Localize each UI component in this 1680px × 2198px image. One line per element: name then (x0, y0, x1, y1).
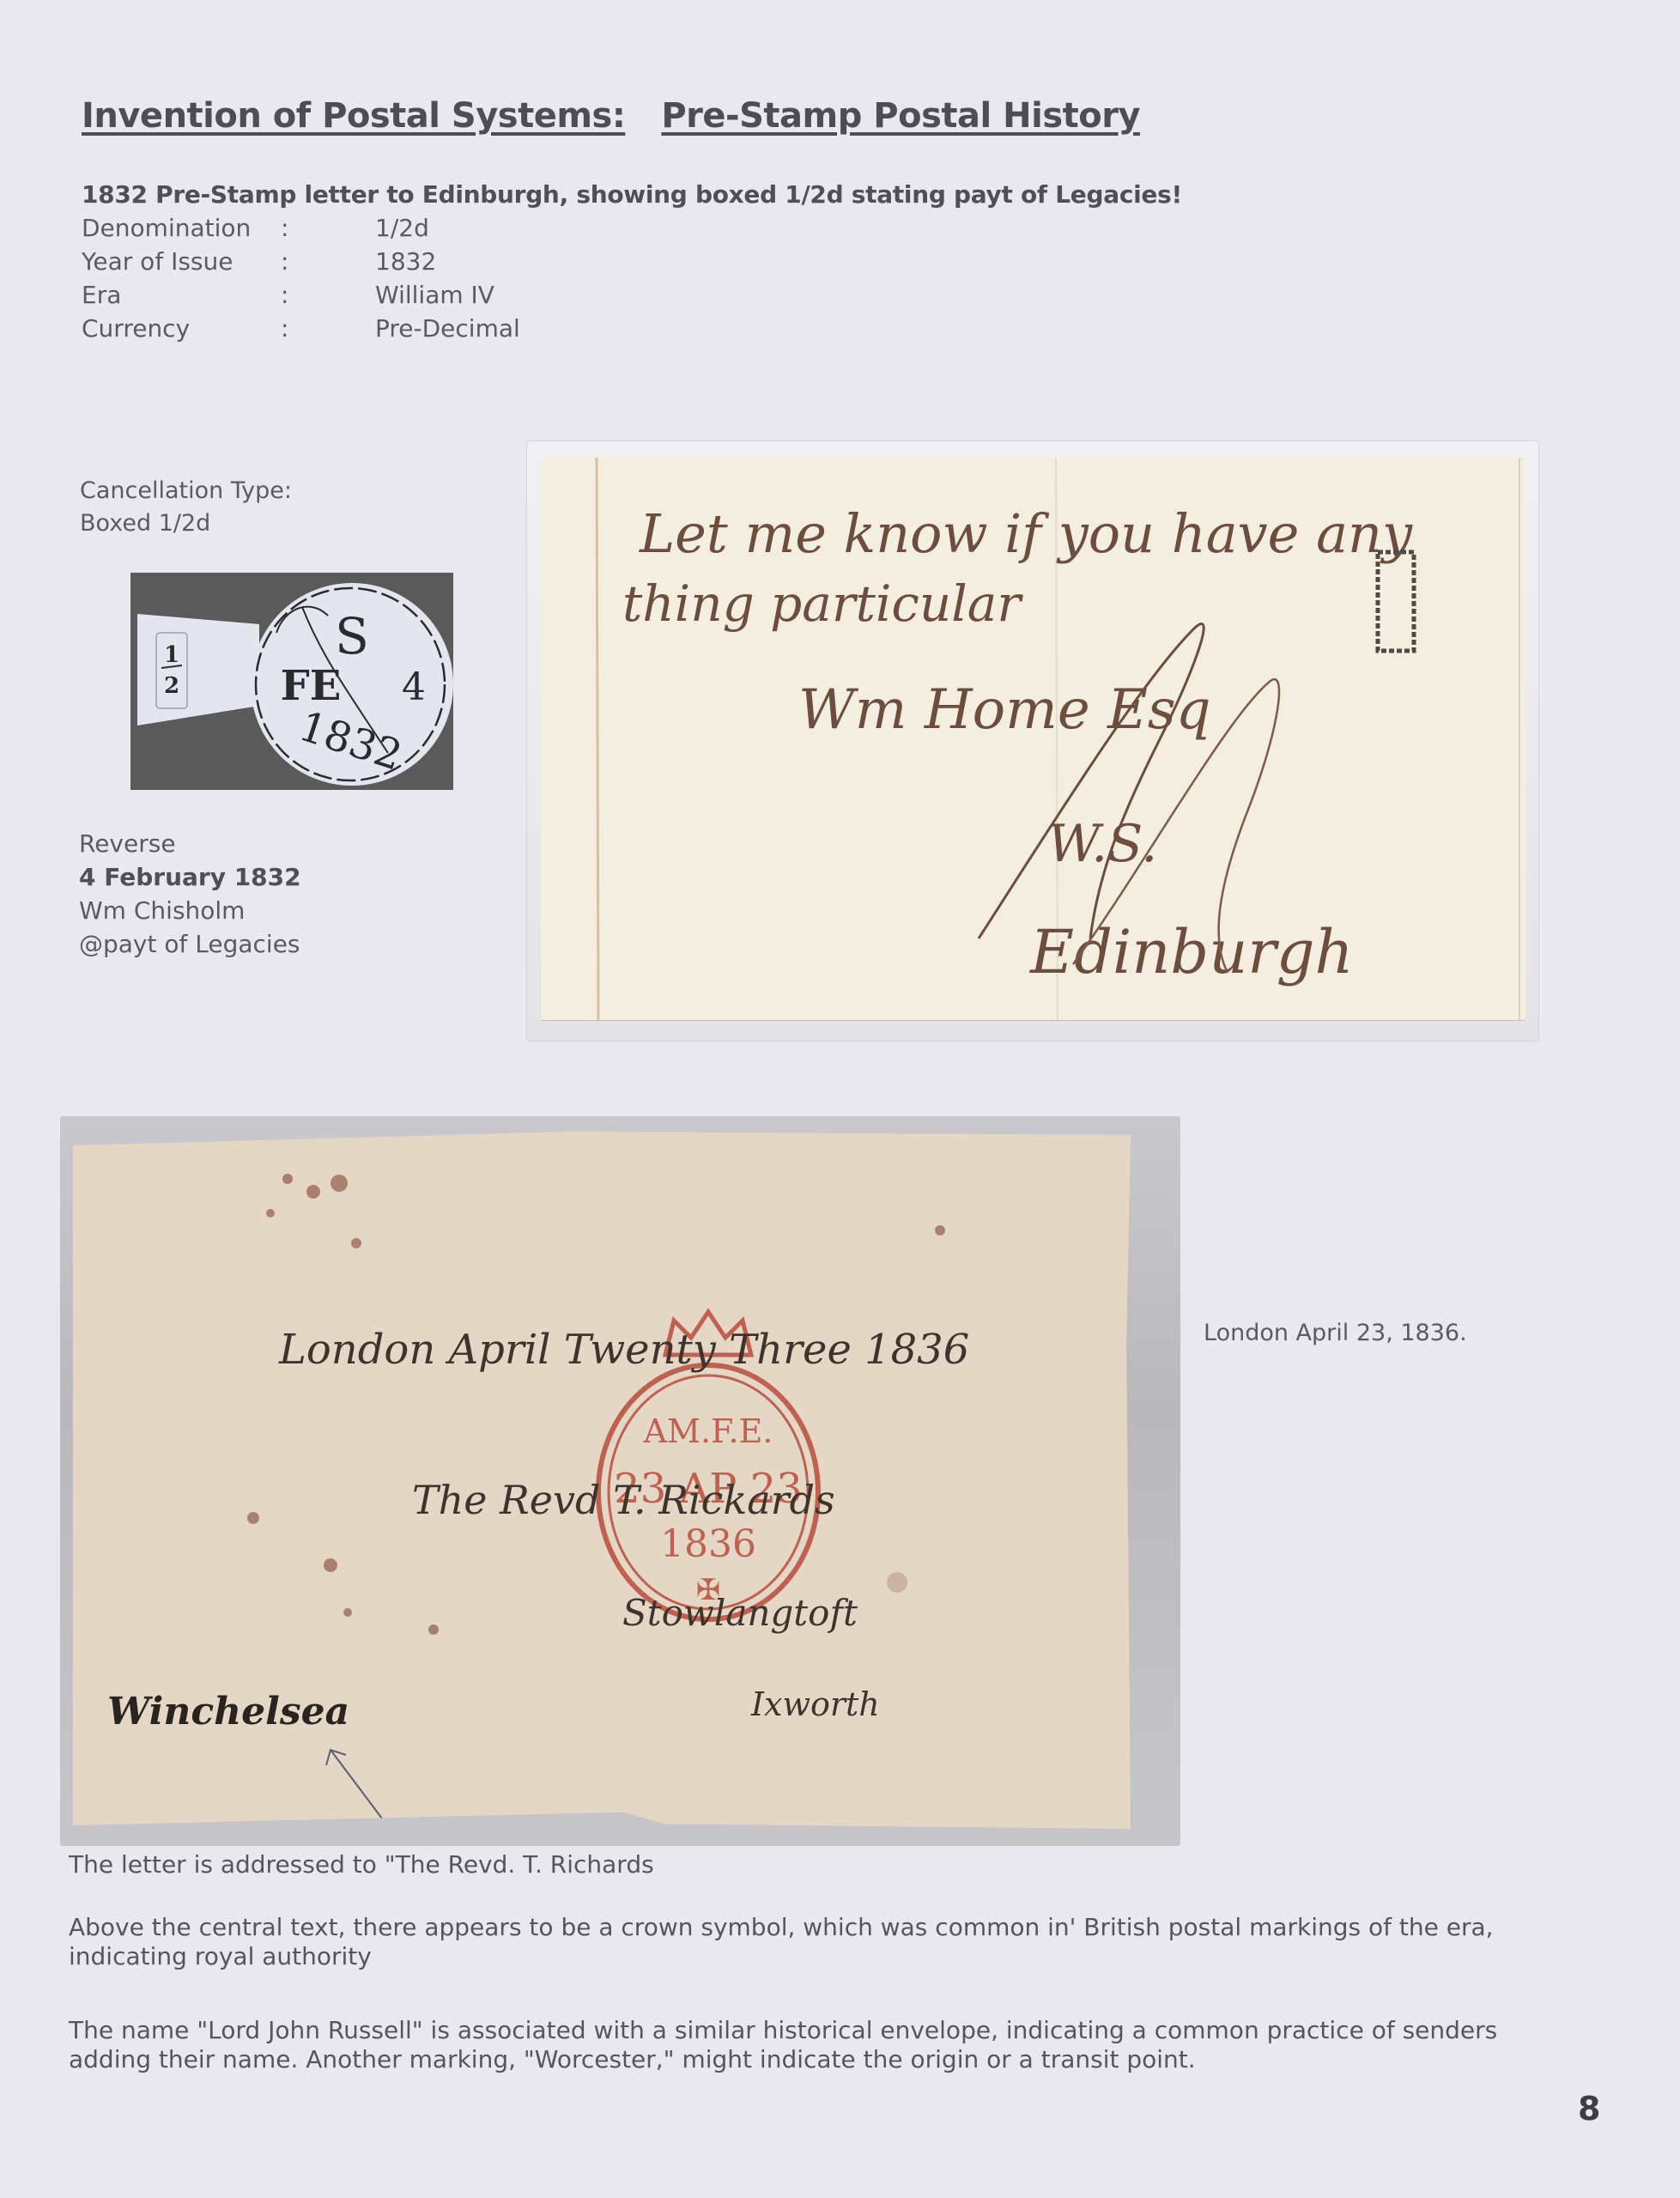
fraction-denominator: 2 (164, 673, 179, 699)
handwriting-line: London April Twenty Three 1836 (278, 1326, 969, 1374)
cancellation-type-value: Boxed 1/2d (80, 507, 292, 540)
cancellation-type-heading: Cancellation Type: (80, 475, 292, 507)
handwriting-line: thing particular (622, 574, 1023, 633)
handwriting-line: W.S. (1047, 814, 1157, 874)
reverse-info: Reverse 4 February 1832 Wm Chisholm @pay… (79, 827, 301, 961)
reverse-label: Reverse (79, 827, 301, 860)
title-part-1: Invention of Postal Systems: (82, 96, 625, 136)
letter-2-caption: London April 23, 1836. (1204, 1320, 1467, 1346)
note-sender-name: The name "Lord John Russell" is associat… (69, 2016, 1528, 2074)
handwritten-address: Let me know if you have any thing partic… (622, 502, 1413, 987)
handwriting-line: The Revd T. Rickards (412, 1477, 835, 1523)
letter-1836-london: AM.F.E. 23 AP 23 1836 ✠ London April Twe… (73, 1132, 1131, 1829)
page-number: 8 (1578, 2090, 1600, 2128)
handwriting-line: Ixworth (750, 1685, 880, 1723)
boxed-halfpenny-mark (1378, 552, 1414, 651)
handwriting-line: Let me know if you have any (639, 502, 1413, 565)
spec-row-year: Year of Issue : 1832 (82, 245, 520, 278)
spec-separator: : (281, 245, 375, 278)
reverse-sender: Wm Chisholm (79, 894, 301, 927)
reverse-note: @payt of Legacies (79, 927, 301, 961)
cds-letter: S (335, 607, 369, 665)
handwriting-line: Stowlangtoft (622, 1592, 858, 1634)
spec-value: Pre-Decimal (375, 312, 520, 345)
spec-label: Year of Issue (82, 245, 281, 278)
letter-1832-edinburgh: Let me know if you have any thing partic… (541, 458, 1525, 1020)
spec-label: Era (82, 278, 281, 312)
page-title: Invention of Postal Systems:Pre-Stamp Po… (82, 96, 1140, 136)
spec-row-currency: Currency : Pre-Decimal (82, 312, 520, 345)
spec-row-denomination: Denomination : 1/2d (82, 211, 520, 245)
handwriting-line: Edinburgh (1028, 917, 1354, 987)
cancellation-type-label: Cancellation Type: Boxed 1/2d (80, 475, 292, 540)
spec-separator: : (281, 211, 375, 245)
handwriting-line: Wm Home Esq (798, 678, 1211, 742)
spec-label: Denomination (82, 211, 281, 245)
postmark-line: 1836 (660, 1522, 756, 1566)
note-addressee: The letter is addressed to "The Revd. T.… (69, 1850, 1528, 1879)
spec-separator: : (281, 312, 375, 345)
signature: Winchelsea (107, 1690, 349, 1734)
spec-separator: : (281, 278, 375, 312)
item-heading: 1832 Pre-Stamp letter to Edinburgh, show… (82, 180, 1182, 209)
cds-day: 4 (402, 665, 426, 709)
postmark-line: AM.F.E. (643, 1412, 773, 1450)
spec-value: 1/2d (375, 211, 429, 245)
spec-value: William IV (375, 278, 494, 312)
spec-table: Denomination : 1/2d Year of Issue : 1832… (82, 211, 520, 345)
cancellation-image: 1 2 S FE 4 1832 (130, 573, 453, 790)
spec-value: 1832 (375, 245, 436, 278)
spec-row-era: Era : William IV (82, 278, 520, 312)
note-crown-symbol: Above the central text, there appears to… (69, 1913, 1528, 1971)
reverse-date: 4 February 1832 (79, 860, 301, 894)
fraction-numerator: 1 (164, 642, 179, 668)
title-part-2: Pre-Stamp Postal History (661, 96, 1140, 136)
spec-label: Currency (82, 312, 281, 345)
